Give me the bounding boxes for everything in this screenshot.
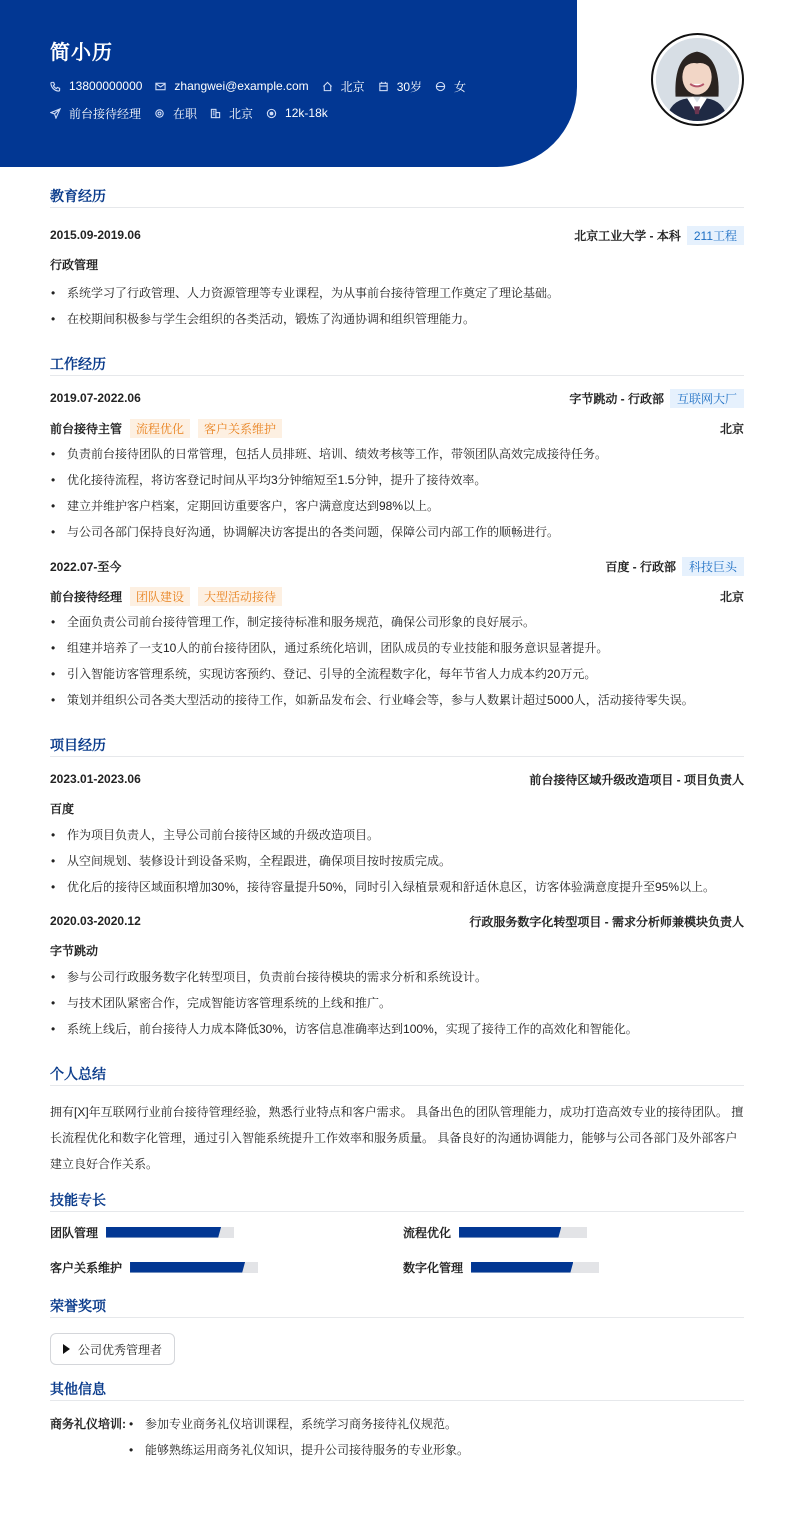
- work-company: 字节跳动 - 行政部: [569, 390, 664, 407]
- skill-item: 客户关系维护: [50, 1260, 403, 1274]
- section-awards: 荣誉奖项 公司优秀管理者: [50, 1296, 744, 1365]
- list-item: 与技术团队紧密合作，完成智能访客管理系统的上线和推广。: [50, 990, 744, 1016]
- skill-item: 团队管理: [50, 1225, 403, 1239]
- mail-icon: [155, 81, 166, 92]
- project-name: 行政服务数字化转型项目 - 需求分析师兼模块负责人: [469, 913, 744, 930]
- work-header: 2022.07-至今 百度 - 行政部 科技巨头: [50, 557, 744, 575]
- work-role: 前台接待主管: [50, 420, 122, 437]
- work-bullets: 全面负责公司前台接待管理工作，制定接待标准和服务规范，确保公司形象的良好展示。 …: [50, 609, 744, 713]
- contact-gender: 女: [435, 78, 466, 95]
- resume-header: 简小历 13800000000 zhangwei@example.com 北京 …: [0, 0, 577, 167]
- home-icon: [322, 81, 333, 92]
- list-item: 参与公司行政服务数字化转型项目，负责前台接待模块的需求分析和系统设计。: [50, 964, 744, 990]
- list-item: 作为项目负责人，主导公司前台接待区域的升级改造项目。: [50, 822, 744, 848]
- list-item: 策划并组织公司各类大型活动的接待工作，如新品发布会、行业峰会等，参与人数累计超过…: [50, 687, 744, 713]
- project-header: 2020.03-2020.12 行政服务数字化转型项目 - 需求分析师兼模块负责…: [50, 912, 744, 930]
- list-item: 系统学习了行政管理、人力资源管理等专业课程，为从事前台接待管理工作奠定了理论基础…: [50, 280, 744, 306]
- skill-tag: 流程优化: [130, 419, 190, 438]
- skill-item: 数字化管理: [403, 1260, 744, 1274]
- list-item: 与公司各部门保持良好沟通，协调解决访客提出的各类问题，保障公司内部工作的顺畅进行…: [50, 519, 744, 545]
- list-item: 在校期间积极参与学生会组织的各类活动，锻炼了沟通协调和组织管理能力。: [50, 306, 744, 332]
- send-icon: [50, 108, 61, 119]
- contact-age: 30岁: [378, 78, 422, 95]
- list-item: 全面负责公司前台接待管理工作，制定接待标准和服务规范，确保公司形象的良好展示。: [50, 609, 744, 635]
- award-item: 公司优秀管理者: [50, 1333, 175, 1365]
- section-education: 教育经历 2015.09-2019.06 北京工业大学 - 本科 211工程 行…: [50, 186, 744, 332]
- candidate-name: 简小历: [50, 36, 577, 66]
- calendar-icon: [378, 81, 389, 92]
- skill-tag: 团队建设: [130, 587, 190, 606]
- salary-icon: [266, 108, 277, 119]
- section-title-summary: 个人总结: [50, 1064, 744, 1086]
- section-skills: 技能专长 团队管理 流程优化 客户关系维护 数字化管理: [50, 1190, 744, 1274]
- section-title-education: 教育经历: [50, 186, 744, 208]
- work-bullets: 负责前台接待团队的日常管理，包括人员排班、培训、绩效考核等工作，带领团队高效完成…: [50, 441, 744, 545]
- section-title-work: 工作经历: [50, 354, 744, 376]
- section-summary: 个人总结 拥有[X]年互联网行业前台接待管理经验，熟悉行业特点和客户需求。 具备…: [50, 1064, 744, 1177]
- section-other: 其他信息 商务礼仪培训: 参加专业商务礼仪培训课程，系统学习商务接待礼仪规范。 …: [50, 1379, 744, 1463]
- project-name: 前台接待区域升级改造项目 - 项目负责人: [529, 771, 744, 788]
- education-school: 北京工业大学 - 本科: [574, 227, 681, 244]
- education-date: 2015.09-2019.06: [50, 228, 141, 242]
- project-org: 字节跳动: [50, 942, 744, 958]
- skills-grid: 团队管理 流程优化 客户关系维护 数字化管理: [50, 1225, 744, 1274]
- job-salary: 12k-18k: [266, 106, 328, 120]
- skill-tag: 大型活动接待: [198, 587, 282, 606]
- project-date: 2023.01-2023.06: [50, 772, 141, 786]
- avatar-photo: [656, 38, 739, 121]
- work-company: 百度 - 行政部: [605, 558, 676, 575]
- other-item: 商务礼仪培训: 参加专业商务礼仪培训课程，系统学习商务接待礼仪规范。 能够熟练运…: [50, 1411, 744, 1463]
- work-location: 北京: [720, 420, 744, 437]
- avatar: [651, 33, 744, 126]
- list-item: 从空间规划、装修设计到设备采购，全程跟进，确保项目按时按质完成。: [50, 848, 744, 874]
- triangle-icon: [63, 1344, 70, 1354]
- building-icon: [210, 108, 221, 119]
- section-title-projects: 项目经历: [50, 735, 744, 757]
- contact-row: 13800000000 zhangwei@example.com 北京 30岁 …: [50, 79, 577, 93]
- gender-icon: [435, 81, 446, 92]
- education-tag: 211工程: [687, 226, 744, 245]
- skill-bar: [106, 1227, 234, 1238]
- list-item: 参加专业商务礼仪培训课程，系统学习商务接待礼仪规范。: [128, 1411, 744, 1437]
- skill-bar: [130, 1262, 258, 1273]
- education-bullets: 系统学习了行政管理、人力资源管理等专业课程，为从事前台接待管理工作奠定了理论基础…: [50, 280, 744, 332]
- contact-location: 北京: [322, 78, 365, 95]
- list-item: 系统上线后，前台接待人力成本降低30%，访客信息准确率达到100%，实现了接待工…: [50, 1016, 744, 1042]
- section-title-other: 其他信息: [50, 1379, 744, 1401]
- skill-item: 流程优化: [403, 1225, 744, 1239]
- job-status: 在职: [154, 105, 197, 122]
- other-bullets: 参加专业商务礼仪培训课程，系统学习商务接待礼仪规范。 能够熟练运用商务礼仪知识，…: [128, 1411, 744, 1463]
- project-org: 百度: [50, 800, 744, 816]
- list-item: 优化后的接待区域面积增加30%，接待容量提升50%，同时引入绿植景观和舒适休息区…: [50, 874, 744, 900]
- status-icon: [154, 108, 165, 119]
- work-role-row: 前台接待主管 流程优化 客户关系维护 北京: [50, 419, 744, 437]
- project-date: 2020.03-2020.12: [50, 914, 141, 928]
- contact-phone: 13800000000: [50, 79, 142, 93]
- project-bullets: 作为项目负责人，主导公司前台接待区域的升级改造项目。 从空间规划、装修设计到设备…: [50, 822, 744, 900]
- list-item: 能够熟练运用商务礼仪知识，提升公司接待服务的专业形象。: [128, 1437, 744, 1463]
- work-role-row: 前台接待经理 团队建设 大型活动接待 北京: [50, 587, 744, 605]
- company-tag: 科技巨头: [682, 557, 744, 576]
- work-location: 北京: [720, 588, 744, 605]
- section-projects: 项目经历 2023.01-2023.06 前台接待区域升级改造项目 - 项目负责…: [50, 735, 744, 1042]
- education-major: 行政管理: [50, 256, 744, 272]
- skill-bar: [471, 1262, 599, 1273]
- list-item: 建立并维护客户档案，定期回访重要客户，客户满意度达到98%以上。: [50, 493, 744, 519]
- phone-icon: [50, 81, 61, 92]
- work-date: 2022.07-至今: [50, 558, 121, 575]
- job-row: 前台接待经理 在职 北京 12k-18k: [50, 106, 577, 120]
- work-date: 2019.07-2022.06: [50, 391, 141, 405]
- project-bullets: 参与公司行政服务数字化转型项目，负责前台接待模块的需求分析和系统设计。 与技术团…: [50, 964, 744, 1042]
- job-position: 前台接待经理: [50, 105, 141, 122]
- contact-email: zhangwei@example.com: [155, 79, 308, 93]
- work-role: 前台接待经理: [50, 588, 122, 605]
- skill-bar: [459, 1227, 587, 1238]
- job-city: 北京: [210, 105, 253, 122]
- list-item: 优化接待流程，将访客登记时间从平均3分钟缩短至1.5分钟，提升了接待效率。: [50, 467, 744, 493]
- education-header: 2015.09-2019.06 北京工业大学 - 本科 211工程: [50, 226, 744, 244]
- section-title-skills: 技能专长: [50, 1190, 744, 1212]
- skill-tag: 客户关系维护: [198, 419, 282, 438]
- list-item: 组建并培养了一支10人的前台接待团队，通过系统化培训，团队成员的专业技能和服务意…: [50, 635, 744, 661]
- section-title-awards: 荣誉奖项: [50, 1296, 744, 1318]
- list-item: 负责前台接待团队的日常管理，包括人员排班、培训、绩效考核等工作，带领团队高效完成…: [50, 441, 744, 467]
- company-tag: 互联网大厂: [670, 389, 744, 408]
- work-header: 2019.07-2022.06 字节跳动 - 行政部 互联网大厂: [50, 389, 744, 407]
- summary-text: 拥有[X]年互联网行业前台接待管理经验，熟悉行业特点和客户需求。 具备出色的团队…: [50, 1099, 744, 1177]
- project-header: 2023.01-2023.06 前台接待区域升级改造项目 - 项目负责人: [50, 770, 744, 788]
- other-label: 商务礼仪培训:: [50, 1411, 128, 1437]
- resume-body: 教育经历 2015.09-2019.06 北京工业大学 - 本科 211工程 行…: [50, 186, 744, 1463]
- list-item: 引入智能访客管理系统，实现访客预约、登记、引导的全流程数字化，每年节省人力成本约…: [50, 661, 744, 687]
- section-work: 工作经历 2019.07-2022.06 字节跳动 - 行政部 互联网大厂 前台…: [50, 354, 744, 713]
